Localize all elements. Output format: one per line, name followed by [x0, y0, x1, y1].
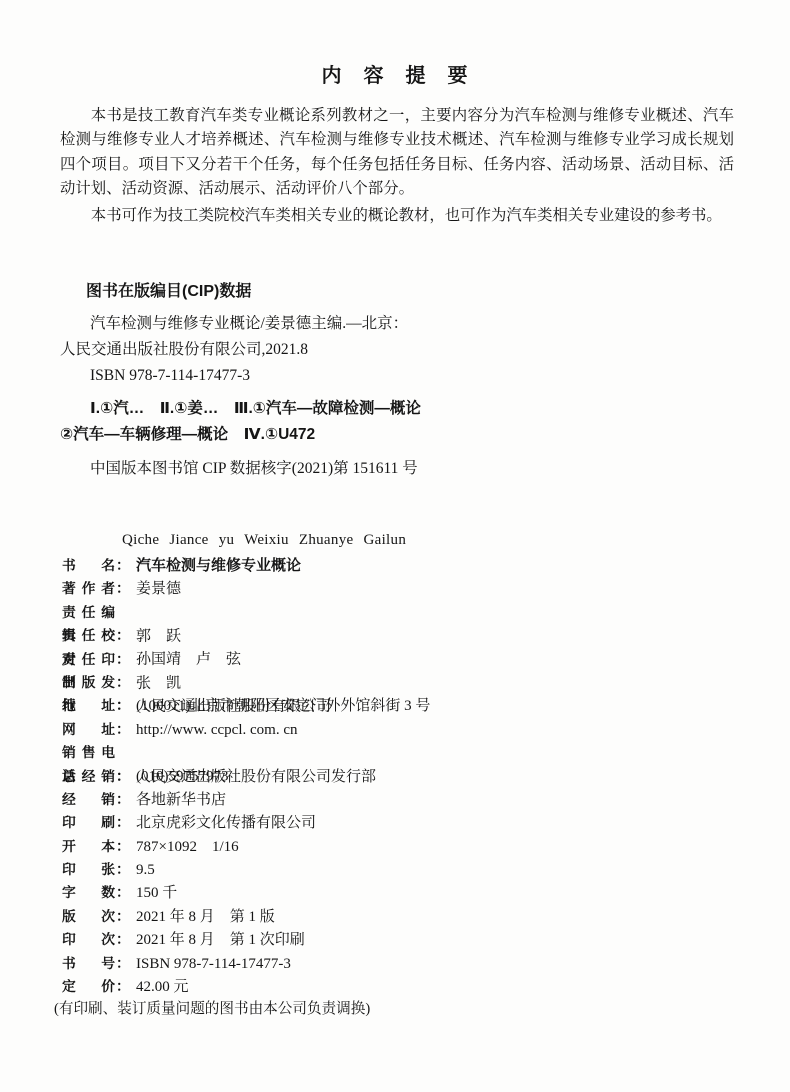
- cip-publisher-line: 人民交通出版社股份有限公司,2021.8: [60, 337, 680, 363]
- cip-record-number: 中国版本图书馆 CIP 数据核字(2021)第 151611 号: [60, 456, 680, 482]
- colophon-list: 书名：汽车检测与维修专业概论 著作者：姜景德 责任编辑：郭 跃 责任校对：孙国靖…: [62, 554, 742, 998]
- colophon-colon: ：: [116, 580, 130, 596]
- colophon-row: 版次：2021 年 8 月 第 1 版: [62, 905, 742, 928]
- colophon-label: 开本: [62, 835, 115, 858]
- colophon-row: 字数：150 千: [62, 881, 742, 904]
- colophon-colon: ：: [116, 557, 130, 573]
- colophon-colon: ：: [116, 838, 130, 854]
- colophon-label: 地址: [62, 694, 115, 717]
- colophon-row: 责任校对：孙国靖 卢 弦: [62, 624, 742, 647]
- colophon-row: 印张：9.5: [62, 858, 742, 881]
- summary-title: 内 容 提 要: [0, 59, 790, 88]
- colophon-row: 责任印制：张 凯: [62, 648, 742, 671]
- colophon-row: 印刷：北京虎彩文化传播有限公司: [62, 811, 742, 834]
- colophon-value: 2021 年 8 月 第 1 版: [136, 909, 275, 925]
- cip-classification-line-1: Ⅰ.①汽… Ⅱ.①姜… Ⅲ.①汽车—故障检测—概论: [60, 396, 680, 422]
- exchange-note: (有印刷、装订质量问题的图书由本公司负责调换): [54, 998, 370, 1020]
- colophon-value: 姜景德: [136, 581, 181, 597]
- cip-classification-line-2: ②汽车—车辆修理—概论 Ⅳ.①U472: [60, 422, 680, 448]
- colophon-colon: ：: [116, 814, 130, 830]
- colophon-colon: ：: [116, 791, 130, 807]
- colophon-colon: ：: [116, 908, 130, 924]
- colophon-row: 著作者：姜景德: [62, 577, 742, 600]
- colophon-colon: ：: [116, 978, 130, 994]
- colophon-colon: ：: [116, 955, 130, 971]
- colophon-label: 经销: [62, 788, 115, 811]
- colophon-label: 书名: [62, 554, 115, 577]
- pinyin-title: Qiche Jiance yu Weixiu Zhuanye Gailun: [122, 532, 406, 549]
- cip-heading: 图书在版编目(CIP)数据: [86, 278, 680, 301]
- colophon-label: 总经销: [62, 765, 115, 788]
- colophon-label: 网址: [62, 718, 115, 741]
- colophon-value: 42.00 元: [136, 979, 189, 995]
- colophon-label: 印刷: [62, 811, 115, 834]
- colophon-label: 定价: [62, 975, 115, 998]
- summary-paragraph-2: 本书可作为技工类院校汽车类相关专业的概论教材，也可作为汽车类相关专业建设的参考书…: [60, 204, 734, 228]
- summary-paragraph-1: 本书是技工教育汽车类专业概论系列教材之一，主要内容分为汽车检测与维修专业概述、汽…: [60, 104, 734, 201]
- colophon-value: 787×1092 1/16: [136, 839, 239, 855]
- cip-isbn: ISBN 978-7-114-17477-3: [60, 363, 680, 389]
- colophon-row: 印次：2021 年 8 月 第 1 次印刷: [62, 928, 742, 951]
- colophon-value: (100011)北京市朝阳区安定门外外馆斜街 3 号: [136, 698, 430, 714]
- colophon-row: 网址：http://www. ccpcl. com. cn: [62, 718, 742, 741]
- colophon-colon: ：: [116, 721, 130, 737]
- colophon-label: 印次: [62, 928, 115, 951]
- colophon-value: 9.5: [136, 862, 155, 878]
- colophon-row: 销售电话：(010)59757973: [62, 741, 742, 764]
- colophon-colon: ：: [116, 861, 130, 877]
- colophon-row: 总经销：人民交通出版社股份有限公司发行部: [62, 765, 742, 788]
- colophon-row: 经销：各地新华书店: [62, 788, 742, 811]
- colophon-value: 北京虎彩文化传播有限公司: [136, 815, 316, 831]
- colophon-label: 字数: [62, 881, 115, 904]
- cip-title-line: 汽车检测与维修专业概论/姜景德主编.—北京：: [60, 311, 680, 337]
- colophon-value: 2021 年 8 月 第 1 次印刷: [136, 932, 305, 948]
- summary-body: 本书是技工教育汽车类专业概论系列教材之一，主要内容分为汽车检测与维修专业概述、汽…: [60, 104, 734, 228]
- colophon-value: 汽车检测与维修专业概论: [136, 557, 301, 574]
- colophon-row: 书号：ISBN 978-7-114-17477-3: [62, 952, 742, 975]
- colophon-row: 开本：787×1092 1/16: [62, 835, 742, 858]
- colophon-row: 地址：(100011)北京市朝阳区安定门外外馆斜街 3 号: [62, 694, 742, 717]
- colophon-value: 人民交通出版社股份有限公司发行部: [136, 769, 376, 785]
- colophon-value: 150 千: [136, 885, 177, 901]
- colophon-colon: ：: [116, 697, 130, 713]
- colophon-row: 书名：汽车检测与维修专业概论: [62, 554, 742, 577]
- colophon-value: ISBN 978-7-114-17477-3: [136, 956, 291, 972]
- colophon-value: http://www. ccpcl. com. cn: [136, 722, 297, 738]
- colophon-row: 定价：42.00 元: [62, 975, 742, 998]
- colophon-colon: ：: [116, 931, 130, 947]
- colophon-row: 责任编辑：郭 跃: [62, 601, 742, 624]
- colophon-label: 著作者: [62, 577, 115, 600]
- colophon-colon: ：: [116, 768, 130, 784]
- colophon-label: 书号: [62, 952, 115, 975]
- copyright-page: 内 容 提 要 本书是技工教育汽车类专业概论系列教材之一，主要内容分为汽车检测与…: [0, 0, 790, 1092]
- colophon-row: 出版发行：人民交通出版社股份有限公司: [62, 671, 742, 694]
- colophon-value: 各地新华书店: [136, 792, 226, 808]
- cip-block: 图书在版编目(CIP)数据 汽车检测与维修专业概论/姜景德主编.—北京： 人民交…: [60, 278, 680, 482]
- colophon-label: 版次: [62, 905, 115, 928]
- colophon-label: 印张: [62, 858, 115, 881]
- colophon-colon: ：: [116, 884, 130, 900]
